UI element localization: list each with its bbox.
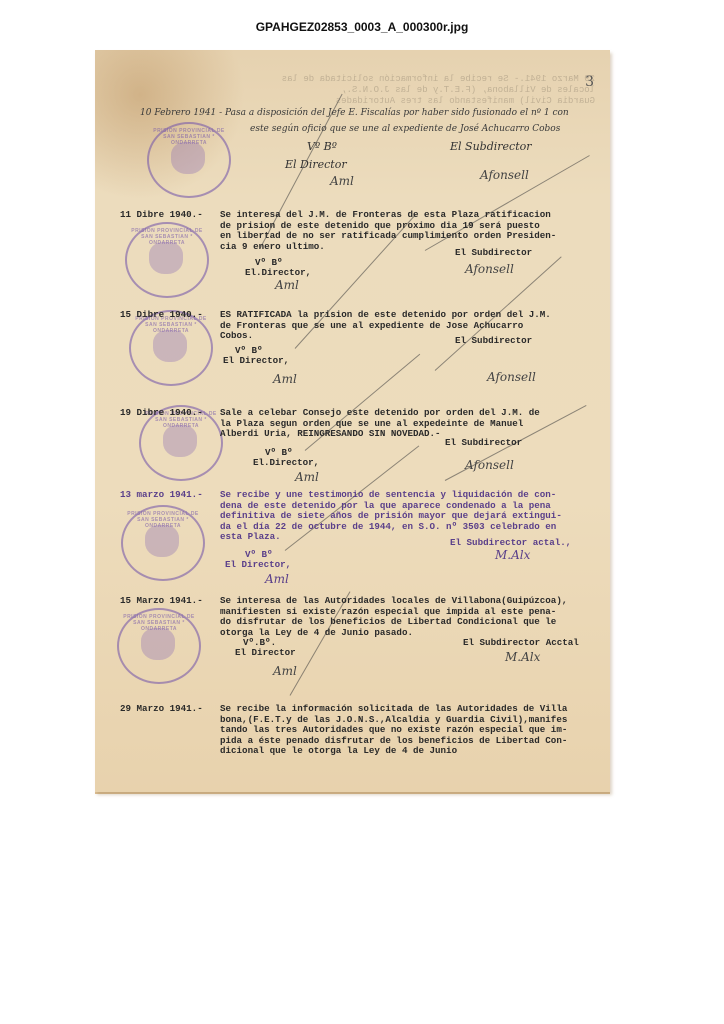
entry-date: 29 Marzo 1941.- <box>120 704 203 715</box>
handwritten-subdirector-label: El Subdirector <box>450 140 532 153</box>
ledger-entry: 29 Marzo 1941.- Se recibe la información… <box>120 704 600 757</box>
director-signature: Aml <box>265 572 289 586</box>
entry-date: 11 Dibre 1940.- <box>120 210 203 221</box>
entry-subdirector: El Subdirector actal., <box>450 538 571 549</box>
handwritten-note-line1: 10 Febrero 1941 - Pasa a disposición del… <box>140 108 569 118</box>
subdirector-signature: Afonsell <box>480 168 529 182</box>
entry-director: El.Director, <box>253 458 319 469</box>
bleed-through-text: 29 Marzo 1941.- Se recibe la información… <box>295 74 595 107</box>
entry-body: Sale a celebar Consejo este detenido por… <box>220 408 600 440</box>
entry-subdirector: El Subdirector Acctal <box>463 638 579 649</box>
entry-body: ES RATIFICADA la prision de este detenid… <box>220 310 600 342</box>
entry-director: El.Director, <box>245 268 311 279</box>
document-sheet: 3 29 Marzo 1941.- Se recibe la informaci… <box>95 50 610 792</box>
entry-subdirector: El Subdirector <box>455 248 532 259</box>
ledger-entry: 13 marzo 1941.- Se recibe y une testimon… <box>120 490 600 543</box>
entry-subdirector: El Subdirector <box>445 438 522 449</box>
entry-body: Se recibe la información solicitada de l… <box>220 704 600 757</box>
subdirector-signature: M.Alx <box>505 650 540 664</box>
ledger-entry: 15 Marzo 1941.- Se interesa de las Autor… <box>120 596 600 638</box>
director-signature: Aml <box>273 664 297 678</box>
director-signature: Aml <box>295 470 319 484</box>
entry-date: 13 marzo 1941.- <box>120 490 203 501</box>
entry-date: 15 Dibre 1940.- <box>120 310 203 321</box>
file-title: GPAHGEZ02853_0003_A_000300r.jpg <box>0 20 724 34</box>
entry-date: 19 Dibre 1940.- <box>120 408 203 419</box>
prison-stamp: PRISION PROVINCIAL DE SAN SEBASTIAN * ON… <box>147 122 231 198</box>
entry-body: Se interesa del J.M. de Fronteras de est… <box>220 210 600 252</box>
subdirector-signature: Afonsell <box>487 370 536 384</box>
entry-body: Se recibe y une testimonio de sentencia … <box>220 490 600 543</box>
entry-director: El Director, <box>225 560 291 571</box>
handwritten-director-label: El Director <box>285 158 347 171</box>
director-signature: Aml <box>275 278 299 292</box>
entry-date: 15 Marzo 1941.- <box>120 596 203 607</box>
entry-director: El Director <box>235 648 296 659</box>
ledger-entry: 19 Dibre 1940.- Sale a celebar Consejo e… <box>120 408 600 440</box>
entry-subdirector: El Subdirector <box>455 336 532 347</box>
entry-director: El Director, <box>223 356 289 367</box>
entry-body: Se interesa de las Autoridades locales d… <box>220 596 600 638</box>
subdirector-signature: Afonsell <box>465 262 514 276</box>
ledger-entry: 11 Dibre 1940.- Se interesa del J.M. de … <box>120 210 600 252</box>
subdirector-signature: Afonsell <box>465 458 514 472</box>
director-signature: Aml <box>273 372 297 386</box>
director-signature: Aml <box>330 174 354 188</box>
subdirector-signature: M.Alx <box>495 548 530 562</box>
